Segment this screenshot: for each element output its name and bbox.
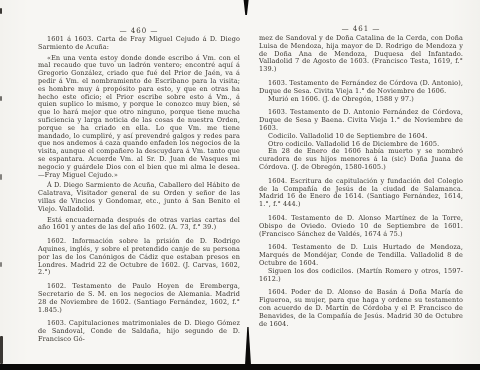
- scan-edge-speck: [0, 174, 2, 180]
- entry-1603-continuation: mez de Sandoval y de Doña Catalina de la…: [259, 35, 463, 74]
- gutter-shadow-bottom: [245, 327, 251, 365]
- entry-1604-poder: 1604. Poder de D. Alonso de Basán á Doña…: [259, 289, 463, 328]
- scan-edge-speck: [0, 8, 2, 14]
- gutter-shadow-top: [240, 0, 252, 15]
- entry-1601-1603-heading: 1601 á 1603. Carta de Fray Miguel Cejudo…: [38, 36, 240, 52]
- letter-quote-paragraph: «En una venta estoy donde donde escribo …: [38, 55, 240, 180]
- entry-1603-testamento-sesa-baena: 1603. Testamento de D. Antonio Fernández…: [259, 109, 463, 132]
- left-page-text: 1601 á 1603. Carta de Fray Miguel Cejudo…: [38, 36, 240, 344]
- entry-1602-prision: 1602. Información sobre la prisión de D.…: [38, 238, 240, 277]
- scanned-book-spread: { "colors": { "paper": "#f7f6f3", "ink":…: [0, 0, 480, 370]
- scan-edge-speck: [0, 262, 2, 267]
- binding-note-paragraph: Está encuadernada después de otras varia…: [38, 217, 240, 233]
- right-page-text: mez de Sandoval y de Doña Catalina de la…: [259, 35, 463, 328]
- entry-1604-mondejar: 1604. Testamento de D. Luis Hurtado de M…: [259, 244, 463, 267]
- codicilos-note: Siguen los dos codicilos. (Martín Romero…: [259, 268, 463, 284]
- entry-1602-testamento: 1602. Testamento de Paulo Hoyen de Eremb…: [38, 283, 240, 314]
- scan-edge-bottom: [0, 364, 480, 370]
- right-page-number: — 461 —: [259, 25, 463, 33]
- curadora-note: En 28 de Enero de 1606 había muerto y se…: [259, 148, 463, 171]
- entry-1603-testamento-sesa: 1603. Testamento de Fernández de Córdova…: [259, 80, 463, 96]
- entry-1604-obispo-oviedo: 1604. Testamento de D. Alonso Martínez d…: [259, 215, 463, 238]
- entry-1603-sesa-note: Murió en 1606. (J. de Obregón, 1588 y 97…: [259, 96, 463, 104]
- left-page-number: — 460 —: [38, 27, 240, 35]
- entry-1604-colegio: 1604. Escritura de capitulación y fundac…: [259, 178, 463, 209]
- scan-edge-speck: [0, 96, 2, 101]
- scan-edge-speck: [0, 336, 3, 364]
- address-paragraph: Á D. Diego Sarmiento de Acuña, Caballero…: [38, 182, 240, 213]
- entry-1603-capitulaciones: 1603. Capitulaciones matrimoniales de D.…: [38, 320, 240, 343]
